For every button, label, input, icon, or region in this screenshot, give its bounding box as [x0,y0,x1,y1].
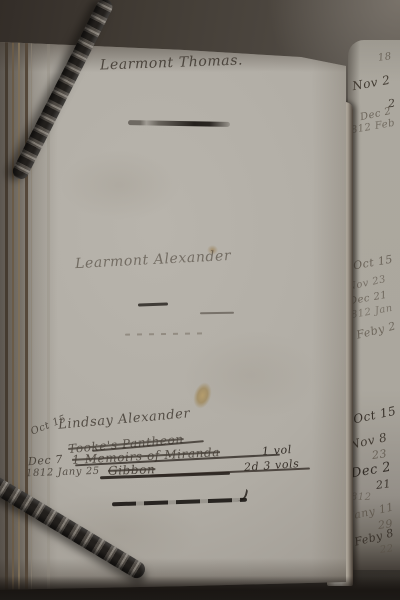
ink-dash [138,302,168,306]
entry-date: 1812 Jany 25 [26,466,100,480]
gutter-rule [12,40,14,592]
strike-line [150,468,310,477]
paper-mottling [60,150,180,220]
right-page: 18 Nov 2 2 Dec 2 1812 Feb Oct 15 Nov 23 … [348,40,400,570]
right-page-fragment: 18 [377,51,392,64]
ink-dash [200,312,234,315]
entry-date: Dec 7 [28,453,64,468]
ink-dash [125,332,205,335]
right-page-fragment: 1812 Feb [348,118,396,138]
bottom-shadow [0,576,400,600]
gutter-rule [5,40,8,592]
right-page-fragment: Nov 2 [351,73,391,93]
account-heading-alexander: Learmont Alexander [75,248,232,272]
ledger-photo: 18 Nov 2 2 Dec 2 1812 Feb Oct 15 Nov 23 … [0,0,400,600]
ink-dash [128,120,230,127]
right-page-fragment: 21 [375,477,392,492]
right-page-fragment: Feby 2 [355,319,397,341]
account-heading-thomas: Learmont Thomas. [100,53,244,74]
right-page-fragment: Oct 15 [352,253,394,273]
right-page-fragment: 22 [379,543,394,556]
right-page-fragment: Oct 15 [352,404,397,427]
entry-name: Lindsay Alexander [58,406,191,432]
